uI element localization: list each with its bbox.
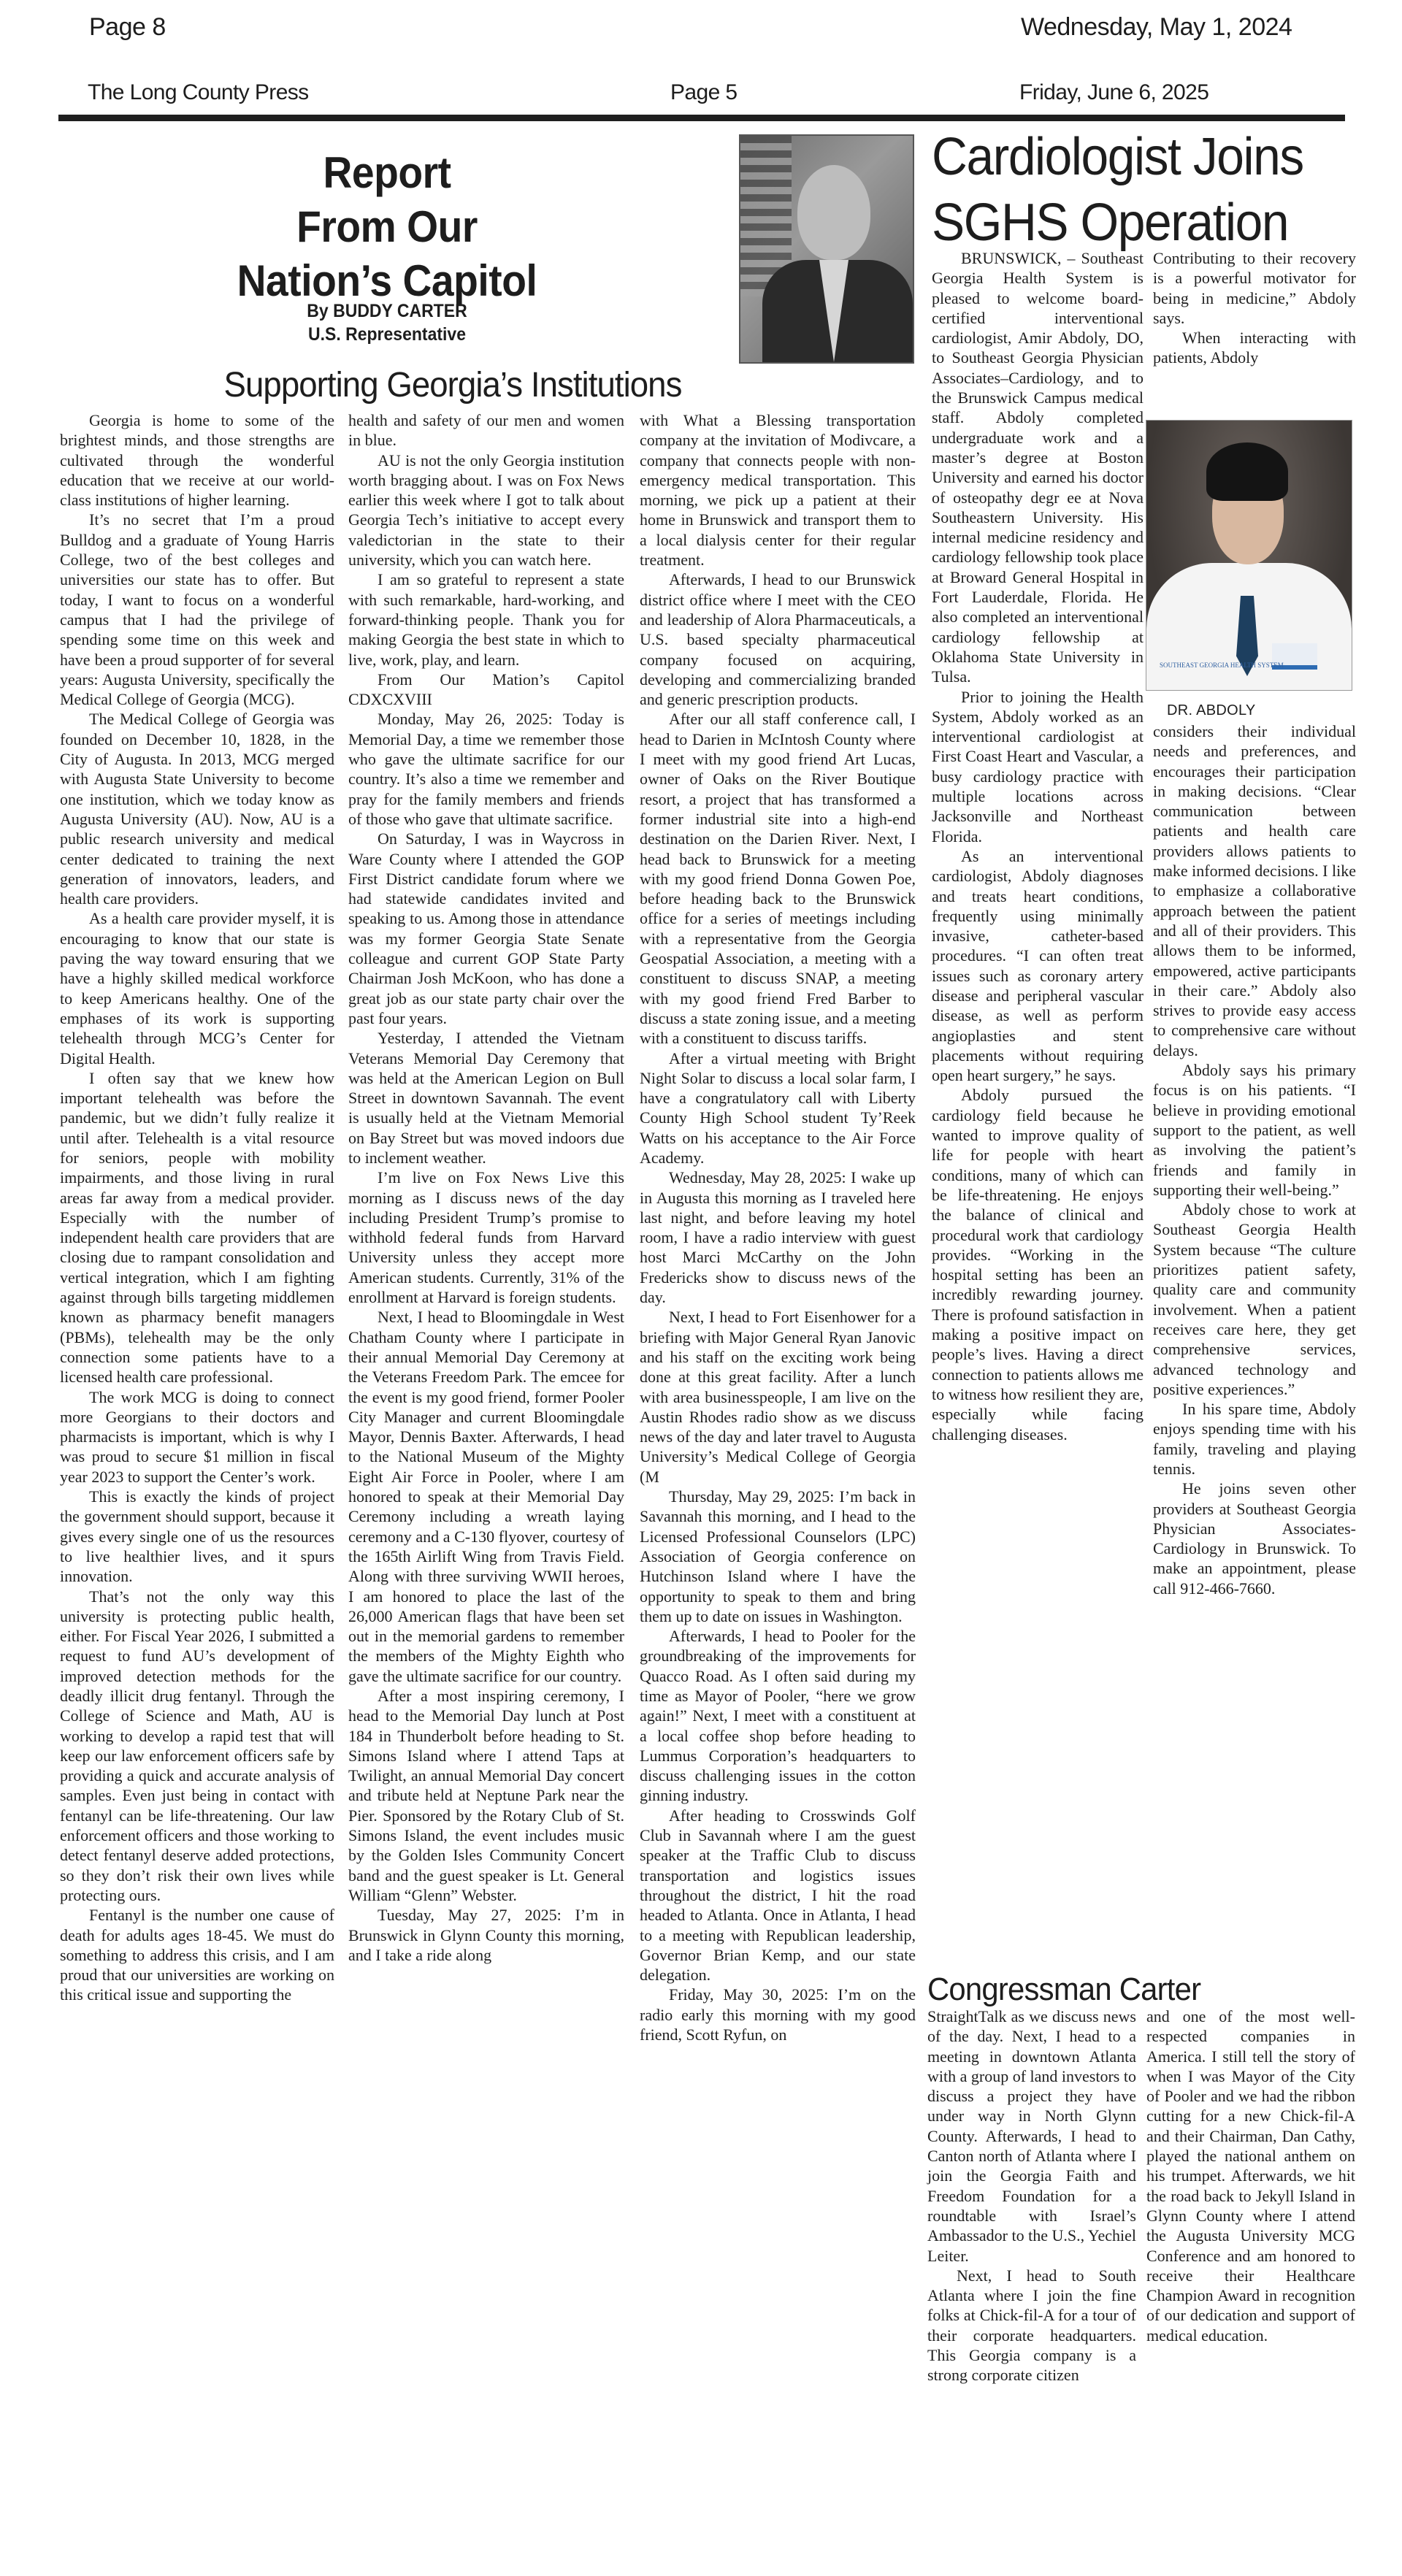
paragraph: I am so grateful to represent a state wi… <box>348 570 624 669</box>
article-headline: Supporting Georgia’s Institutions <box>127 365 779 405</box>
paragraph: The work MCG is doing to connect more Ge… <box>60 1387 334 1487</box>
paragraph: I’m live on Fox News Live this morning a… <box>348 1168 624 1307</box>
paragraph: Friday, May 30, 2025: I’m on the radio e… <box>640 1985 916 2044</box>
cardiologist-column-1: BRUNSWICK, – Southeast Georgia Health Sy… <box>932 248 1144 1444</box>
report-title-line: From Our <box>185 200 589 254</box>
outer-page-date: Wednesday, May 1, 2024 <box>1021 13 1292 42</box>
paragraph: As a health care provider myself, it is … <box>60 908 334 1067</box>
headline-line: Cardiologist Joins <box>932 124 1344 190</box>
cardiologist-column-2-top: Contributing to their recovery is a powe… <box>1153 248 1356 368</box>
paragraph: Yesterday, I attended the Vietnam Vetera… <box>348 1028 624 1168</box>
paragraph: Afterwards, I head to our Brunswick dist… <box>640 570 916 709</box>
paragraph: considers their individual needs and pre… <box>1153 721 1356 1060</box>
paragraph: Next, I head to South Atlanta where I jo… <box>927 2266 1136 2385</box>
report-title: Report From Our Nation’s Capitol <box>185 146 589 308</box>
paragraph: When interacting with patients, Abdoly <box>1153 328 1356 368</box>
paragraph: Abdoly chose to work at Southeast Georgi… <box>1153 1200 1356 1399</box>
photo-caption: DR. ABDOLY <box>1167 702 1256 719</box>
byline-author: By BUDDY CARTER <box>253 299 521 323</box>
newspaper-date: Friday, June 6, 2025 <box>1019 80 1208 105</box>
paragraph: Georgia is home to some of the brightest… <box>60 410 334 510</box>
paragraph: Contributing to their recovery is a powe… <box>1153 248 1356 328</box>
paragraph: Monday, May 26, 2025: Today is Memorial … <box>348 709 624 829</box>
report-column-1: Georgia is home to some of the brightest… <box>60 410 334 2005</box>
paragraph: StraightTalk as we discuss news of the d… <box>927 2006 1136 2266</box>
paragraph: Fentanyl is the number one cause of deat… <box>60 1905 334 2004</box>
paragraph: AU is not the only Georgia institution w… <box>348 451 624 570</box>
head-image-part <box>797 165 870 260</box>
paragraph: After a most inspiring ceremony, I head … <box>348 1686 624 1905</box>
paragraph: On Saturday, I was in Waycross in Ware C… <box>348 829 624 1028</box>
paragraph: After a virtual meeting with Bright Nigh… <box>640 1049 916 1168</box>
paragraph: Next, I head to Bloomingdale in West Cha… <box>348 1307 624 1686</box>
paragraph: This is exactly the kinds of project the… <box>60 1487 334 1586</box>
paragraph: with What a Blessing transportation comp… <box>640 410 916 570</box>
header-rule-divider <box>58 115 1345 121</box>
cardiologist-headline: Cardiologist Joins SGHS Operation <box>932 124 1344 256</box>
paragraph: As an interventional cardiologist, Abdol… <box>932 846 1144 1086</box>
paragraph: After our all staff conference call, I h… <box>640 709 916 1048</box>
paragraph: Abdoly pursued the cardiology field beca… <box>932 1085 1144 1444</box>
carter-photo <box>739 134 914 364</box>
publication-name: The Long County Press <box>88 80 309 105</box>
report-byline: By BUDDY CARTER U.S. Representative <box>253 299 521 346</box>
paragraph: Tuesday, May 27, 2025: I’m in Brunswick … <box>348 1905 624 1965</box>
paragraph: That’s not the only way this university … <box>60 1587 334 1906</box>
report-title-line: Report <box>185 146 589 200</box>
section-label: From Our Mation’s Capitol CDXCXVIII <box>348 670 624 710</box>
congressman-column-1: StraightTalk as we discuss news of the d… <box>927 2006 1136 2385</box>
paragraph: He joins seven other providers at Southe… <box>1153 1479 1356 1598</box>
paragraph: In his spare time, Abdoly enjoys spendin… <box>1153 1399 1356 1479</box>
headline-line: SGHS Operation <box>932 190 1344 256</box>
paragraph: and one of the most well-respected compa… <box>1146 2006 1355 2345</box>
report-column-2: health and safety of our men and women i… <box>348 410 624 1965</box>
paragraph: Prior to joining the Health System, Abdo… <box>932 687 1144 846</box>
hair-image-part <box>1206 442 1288 501</box>
byline-title: U.S. Representative <box>253 323 521 346</box>
paragraph: health and safety of our men and women i… <box>348 410 624 451</box>
newspaper-header: The Long County Press Page 5 Friday, Jun… <box>0 73 1402 117</box>
paragraph: The Medical College of Georgia was found… <box>60 709 334 908</box>
newspaper-page-number: Page 5 <box>670 80 737 105</box>
paragraph: Thursday, May 29, 2025: I’m back in Sava… <box>640 1487 916 1626</box>
report-column-3: with What a Blessing transportation comp… <box>640 410 916 2044</box>
paragraph: It’s no secret that I’m a proud Bulldog … <box>60 510 334 709</box>
paragraph: Abdoly says his primary focus is on his … <box>1153 1060 1356 1200</box>
congressman-column-2: and one of the most well-respected compa… <box>1146 2006 1355 2345</box>
congressman-headline: Congressman Carter <box>927 1971 1200 2008</box>
health-system-logo: SOUTHEAST GEORGIA HEALTH SYSTEM <box>1160 662 1284 669</box>
paragraph: Next, I head to Fort Eisenhower for a br… <box>640 1307 916 1487</box>
paragraph: I often say that we knew how important t… <box>60 1068 334 1387</box>
cardiologist-column-2-bottom: considers their individual needs and pre… <box>1153 721 1356 1598</box>
paragraph: Wednesday, May 28, 2025: I wake up in Au… <box>640 1168 916 1307</box>
paragraph: Afterwards, I head to Pooler for the gro… <box>640 1626 916 1806</box>
outer-page-number: Page 8 <box>89 13 166 42</box>
abdoly-photo: SOUTHEAST GEORGIA HEALTH SYSTEM <box>1146 420 1352 691</box>
paragraph: After heading to Crosswinds Golf Club in… <box>640 1806 916 1985</box>
outer-page-header: Page 8 Wednesday, May 1, 2024 <box>0 0 1402 66</box>
paragraph: BRUNSWICK, – Southeast Georgia Health Sy… <box>932 248 1144 687</box>
